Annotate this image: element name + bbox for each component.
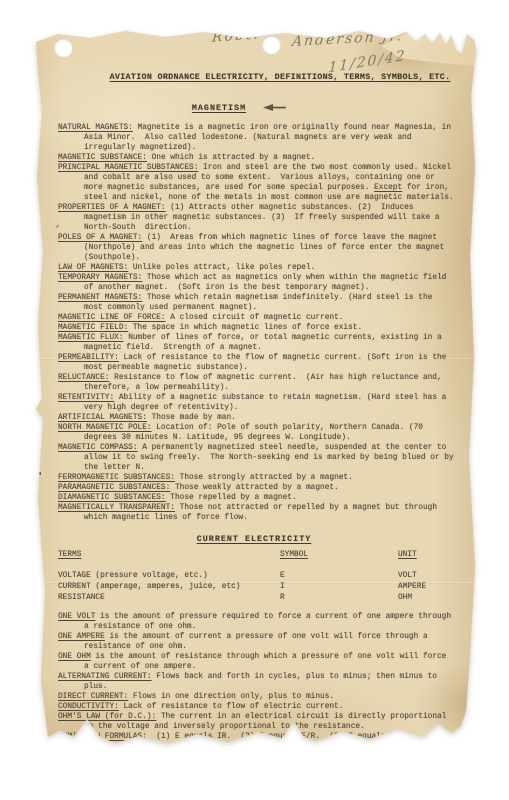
underlined-term: OHM'S LAW (for D.C.):: [58, 713, 156, 721]
underlined-term: ONE OHM: [58, 653, 91, 661]
underlined-term: FERROMAGNETIC SUBSTANCES:: [58, 474, 175, 482]
table-cell-term: RESISTANCE: [58, 593, 280, 604]
table-cell-unit: AMPERE: [398, 582, 458, 593]
definition-entry: PARAMAGNETIC SUBSTANCES: Those weakly at…: [58, 483, 454, 493]
table-row: VOLTAGE (pressure voltage, etc.) E VOLT: [58, 571, 458, 582]
handwritten-first-name: Robt.: [211, 26, 260, 45]
definition-text: Lack of resistance to flow of electric c…: [119, 703, 344, 711]
underlined-term: NATURAL MAGNETS:: [58, 124, 133, 132]
definition-text: A closed circuit of magnetic current.: [166, 314, 344, 322]
table-cell-unit: OHM: [398, 593, 458, 604]
table-header-symbol: SYMBOL: [280, 550, 308, 561]
definition-entry: NORTH MAGNETIC POLE: Location of: Pole o…: [58, 423, 454, 443]
underlined-term: POLES OF A MAGNET:: [58, 234, 142, 242]
definition-text: Unlike poles attract, like poles repel.: [128, 264, 315, 272]
underlined-term: CONDUCTIVITY:: [58, 703, 119, 711]
ink-speck: [39, 472, 41, 475]
underlined-term: ARTIFICIAL MAGNETS:: [58, 414, 147, 422]
underlined-term: NORTH MAGNETIC POLE:: [58, 424, 152, 432]
underlined-term: MAGNETIC LINE OF FORCE:: [58, 314, 166, 322]
definition-entry: MAGNETIC FIELD: The space in which magne…: [58, 323, 454, 333]
definition-entry: ARTIFICIAL MAGNETS: Those made by man.: [58, 413, 454, 423]
table-cell-term: CURRENT (amperage, amperes, juice, etc): [58, 582, 280, 593]
underlined-term: DIRECT CURRENT:: [58, 693, 128, 701]
underlined-term: OHM'S LAW FORMULAS:: [58, 733, 147, 741]
underlined-term: TEMPORARY MAGNETS:: [58, 274, 142, 282]
underlined-term: MAGNETIC COMPASS:: [58, 444, 138, 452]
definition-text: A permanently magnetized steel needle, s…: [84, 444, 458, 472]
definition-entry: MAGNETIC LINE OF FORCE: A closed circuit…: [58, 313, 454, 323]
definition-entry: PROPERTIES OF A MAGNET: (1) Attracts oth…: [58, 203, 454, 233]
table-row: CURRENT (amperage, amperes, juice, etc) …: [58, 582, 458, 593]
definition-entry: ALTERNATING CURRENT: Flows back and fort…: [58, 672, 454, 692]
left-arrow-icon: [262, 103, 288, 112]
table-cell-term: VOLTAGE (pressure voltage, etc.): [58, 571, 280, 582]
ink-speck: [461, 729, 465, 733]
document-title: AVIATION ORDNANCE ELECTRICITY, DEFINITIO…: [56, 72, 504, 82]
underlined-term: Except: [374, 184, 402, 192]
document-title-text: AVIATION ORDNANCE ELECTRICITY, DEFINITIO…: [110, 72, 451, 82]
underlined-term: PRINCIPAL MAGNETIC SUBSTANCES:: [58, 164, 198, 172]
current-heading-text: CURRENT ELECTRICITY: [197, 534, 312, 544]
table-body: VOLTAGE (pressure voltage, etc.) E VOLT …: [58, 571, 458, 604]
underlined-term: MAGNETIC FLUX:: [58, 334, 124, 342]
table-header-unit: UNIT: [398, 550, 417, 561]
definition-entry: MAGNETIC SUBSTANCE: One which is attract…: [58, 153, 454, 163]
definition-entry: POLES OF A MAGNET: (1) Areas from which …: [58, 233, 454, 263]
underlined-term: ONE VOLT: [58, 613, 95, 621]
table-header-terms: TERMS: [58, 550, 81, 561]
definition-entry: ONE OHM is the amount of resistance thro…: [58, 652, 454, 672]
definition-entry: TEMPORARY MAGNETS: Those which act as ma…: [58, 273, 454, 293]
underlined-term: PARAMAGNETIC SUBSTANCES:: [58, 484, 170, 492]
definition-text: Ability of a magnetic substance to retai…: [84, 394, 451, 412]
underlined-term: ONE AMPERE: [58, 633, 105, 641]
definition-entry: PERMEABILITY: Lack of resistance to the …: [58, 353, 454, 373]
current-definitions-list: ONE VOLT is the amount of pressure requi…: [58, 612, 454, 742]
definition-text: Those strongly attracted by a magnet.: [175, 474, 353, 482]
definition-text: Those repelled by a magnet.: [166, 494, 297, 502]
underlined-term: MAGNETIC FIELD:: [58, 324, 128, 332]
definition-entry: OHM'S LAW (for D.C.): The current in an …: [58, 712, 454, 732]
definition-text: Lack of resistance to the flow of magnet…: [84, 354, 451, 372]
section-heading-magnetism: MAGNETISM: [16, 103, 464, 113]
definition-entry: OHM'S LAW FORMULAS: (1) E equals IR. (2)…: [58, 732, 454, 742]
table-row: RESISTANCE R OHM: [58, 593, 458, 604]
definition-entry: LAW OF MAGNETS: Unlike poles attract, li…: [58, 263, 454, 273]
definition-text: Those weakly attracted by a magnet.: [170, 484, 338, 492]
underlined-term: PROPERTIES OF A MAGNET:: [58, 204, 166, 212]
definition-text: is the amount of pressure required to fo…: [84, 613, 456, 631]
definition-text: Number of lines of force, or total magne…: [84, 334, 446, 352]
section-heading-current-electricity: CURRENT ELECTRICITY: [30, 534, 478, 544]
definition-entry: RELUCTANCE: Resistance to flow of magnet…: [58, 373, 454, 393]
definition-entry: CONDUCTIVITY: Lack of resistance to flow…: [58, 702, 454, 712]
definition-entry: DIRECT CURRENT: Flows in one direction o…: [58, 692, 454, 702]
underlined-term: PERMEABILITY:: [58, 354, 119, 362]
terms-symbol-unit-table: TERMS SYMBOL UNIT VOLTAGE (pressure volt…: [58, 550, 458, 604]
underlined-term: LAW OF MAGNETS:: [58, 264, 128, 272]
table-cell-symbol: R: [280, 593, 398, 604]
scan-background: Robt. Anderson Jr. 11/20/42 ’ AVIATION O…: [0, 0, 509, 800]
definition-entry: PERMANENT MAGNETS: Those which retain ma…: [58, 293, 454, 313]
definition-text: One which is attracted by a magnet.: [147, 154, 315, 162]
definition-entry: ONE VOLT is the amount of pressure requi…: [58, 612, 454, 632]
definition-entry: RETENTIVITY: Ability of a magnetic subst…: [58, 393, 454, 413]
definition-text: Resistance to flow of magnetic current. …: [84, 374, 446, 392]
definition-text: is the amount of current a pressure of o…: [84, 633, 432, 651]
definition-text: (1) E equals IR. (2) I equals E/R. (3) R…: [147, 733, 409, 741]
underlined-term: PERMANENT MAGNETS:: [58, 294, 142, 302]
definition-entry: FERROMAGNETIC SUBSTANCES: Those strongly…: [58, 473, 454, 483]
document-page: Robt. Anderson Jr. 11/20/42 ’ AVIATION O…: [30, 26, 478, 756]
table-cell-symbol: E: [280, 571, 398, 582]
definition-entry: MAGNETIC FLUX: Number of lines of force,…: [58, 333, 454, 353]
underlined-term: MAGNETICALLY TRANSPARENT:: [58, 504, 175, 512]
definition-entry: MAGNETICALLY TRANSPARENT: Those not attr…: [58, 503, 454, 523]
definition-text: is the amount of resistance through whic…: [84, 653, 451, 671]
definition-entry: MAGNETIC COMPASS: A permanently magnetiz…: [58, 443, 454, 473]
definition-text: Those made by man.: [147, 414, 236, 422]
underlined-term: RETENTIVITY:: [58, 394, 114, 402]
definition-entry: PRINCIPAL MAGNETIC SUBSTANCES: Iron and …: [58, 163, 454, 203]
table-cell-symbol: I: [280, 582, 398, 593]
magnetism-heading-text: MAGNETISM: [192, 103, 246, 113]
punch-hole: [262, 35, 281, 54]
punch-hole: [54, 38, 73, 57]
definition-text: Magnetite is a magnetic iron ore origina…: [84, 124, 456, 152]
underlined-term: ALTERNATING CURRENT:: [58, 673, 152, 681]
paper-shadow: Robt. Anderson Jr. 11/20/42 ’ AVIATION O…: [0, 0, 509, 800]
underlined-term: RELUCTANCE:: [58, 374, 109, 382]
definition-entry: NATURAL MAGNETS: Magnetite is a magnetic…: [58, 123, 454, 153]
definition-text: The space in which magnetic lines of for…: [128, 324, 362, 332]
magnetism-definitions-list: NATURAL MAGNETS: Magnetite is a magnetic…: [58, 123, 454, 523]
table-cell-unit: VOLT: [398, 571, 458, 582]
definition-text: Flows in one direction only, plus to min…: [128, 693, 334, 701]
underlined-term: MAGNETIC SUBSTANCE:: [58, 154, 147, 162]
definition-entry: DIAMAGNETIC SUBSTANCES: Those repelled b…: [58, 493, 454, 503]
table-header-row: TERMS SYMBOL UNIT: [58, 550, 458, 561]
underlined-term: DIAMAGNETIC SUBSTANCES:: [58, 494, 166, 502]
definition-entry: ONE AMPERE is the amount of current a pr…: [58, 632, 454, 652]
